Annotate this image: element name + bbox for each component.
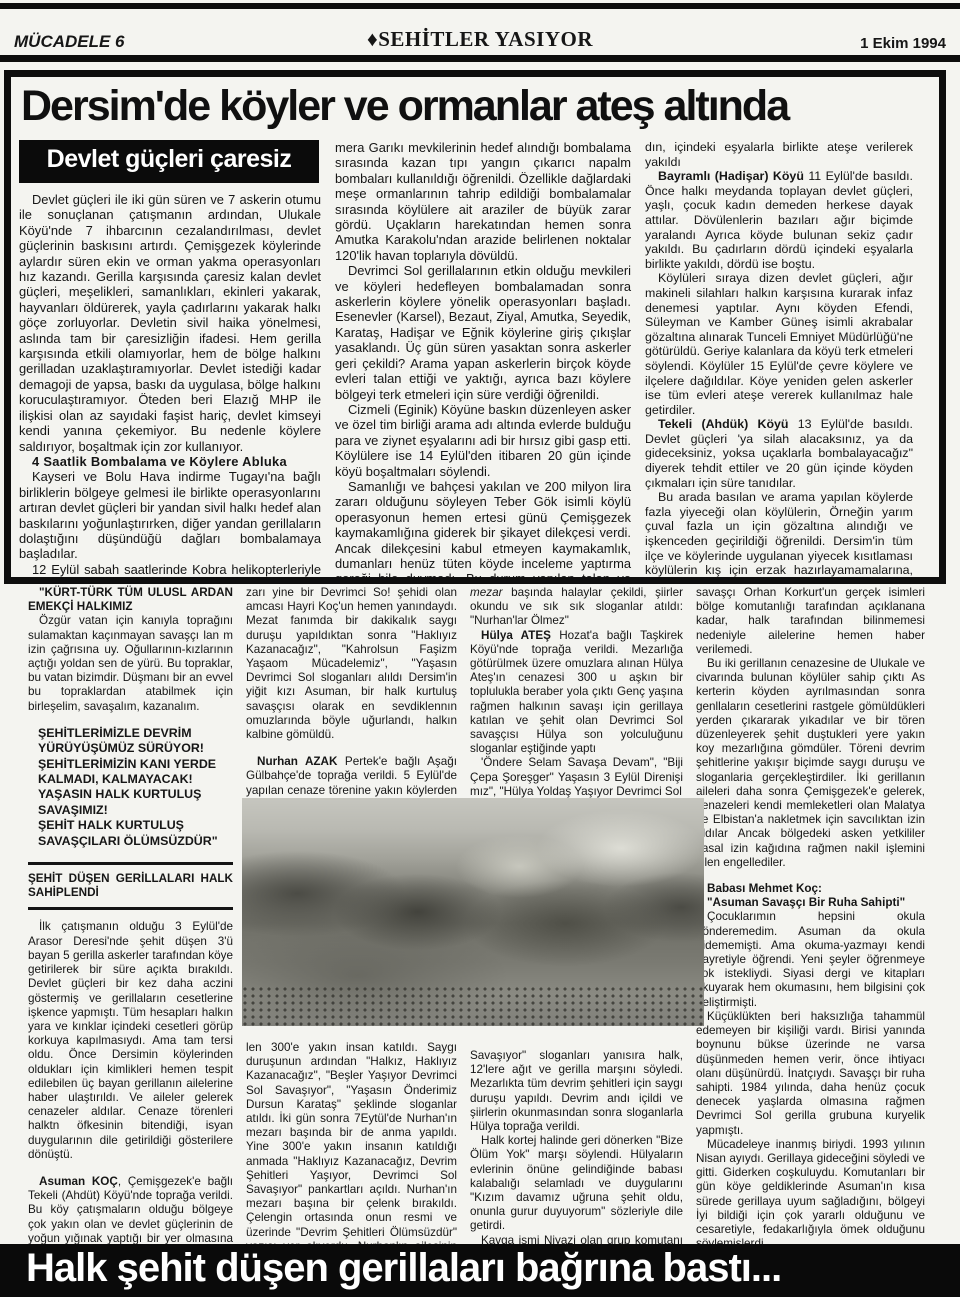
- paragraph: Kayseri ve Bolu Hava indirme Tugayı'na b…: [19, 469, 321, 561]
- paragraph: Özgür vatan için kanıyla toprağını sulam…: [28, 614, 233, 713]
- paragraph: Mücadeleye inanmış biriydi. 1993 yılının…: [696, 1138, 925, 1252]
- paragraph: Bu arada basılan ve arama yapılan köyler…: [645, 490, 913, 584]
- slogan: YAŞASIN HALK KURTULUŞ SAVAŞIMIZ!: [38, 787, 233, 818]
- paragraph: Halk kortej halinde geri dönerken "Bize …: [470, 1134, 683, 1233]
- newspaper-page: MÜCADELE 6 ♦SEHİTLER YASIYOR 1 Ekim 1994…: [0, 0, 960, 1297]
- crowd-detail: [242, 986, 704, 1026]
- paragraph: Devlet güçleri ile iki gün süren ve 7 as…: [19, 192, 321, 454]
- paragraph: Bayramlı (Hadişar) Köyü 11 Eylül'de bası…: [645, 169, 913, 271]
- lower-section: "KÜRT-TÜRK TÜM ULUSL ARDAN EMEKÇİ HALKIM…: [28, 586, 935, 1289]
- paragraph: 12 Eylül sabah saatlerinde Kobra helikop…: [19, 562, 321, 584]
- main-article-box: Dersim'de köyler ve ormanlar ateş altınd…: [4, 70, 946, 584]
- top-rule: [0, 3, 960, 9]
- masthead-slogan: ♦SEHİTLER YASIYOR: [274, 27, 686, 52]
- paragraph: 'Öndere Selam Savaşa Devam", "Biji Çepa …: [470, 756, 683, 799]
- issue-date: 1 Ekim 1994: [686, 35, 946, 52]
- paragraph: zarı yine bir Devrimci So! şehidi olan a…: [246, 586, 457, 742]
- paragraph: Köylüleri sıraya dizen devlet güçleri, a…: [645, 271, 913, 417]
- masthead-rule: [0, 55, 960, 62]
- slogan: ŞEHİTLERİMİZİN KANI YERDE KALMADI, KALMA…: [38, 757, 233, 788]
- paragraph: Tekeli (Ahdük) Köyü 13 Eylül'de basıldı.…: [645, 417, 913, 490]
- article-kicker: Devlet güçleri çaresiz: [19, 140, 319, 183]
- paragraph: Savaşıyor" sloganları yanısıra halk, 12'…: [470, 1049, 683, 1134]
- village-name: Bayramlı (Hadişar) Köyü: [658, 169, 804, 183]
- main-headline: Dersim'de köyler ve ormanlar ateş altınd…: [21, 82, 933, 131]
- paragraph: Cizmeli (Eginik) Köyüne baskın düzenleye…: [335, 402, 631, 479]
- paragraph: Küçüklükten beri haksızlığa tahammül ede…: [696, 1010, 925, 1138]
- lower-column-4: savaşçı Orhan Korkurt'un gerçek isimleri…: [696, 586, 925, 1289]
- paragraph: mera Garıkı mevkilerinin hedef alındığı …: [335, 140, 631, 263]
- martyr-name: Asuman KOÇ: [39, 1175, 118, 1188]
- call-heading: "KÜRT-TÜRK TÜM ULUSL ARDAN EMEKÇİ HALKIM…: [28, 586, 233, 614]
- bottom-banner: Halk şehit düşen gerillaları bağrına bas…: [0, 1244, 960, 1297]
- section-divider: [28, 907, 233, 910]
- publication-title: MÜCADELE 6: [14, 32, 274, 52]
- paragraph: Samanlığı ve bahçesi yakılan ve 200 mily…: [335, 479, 631, 584]
- article-column-2: mera Garıkı mevkilerinin hedef alındığı …: [335, 140, 631, 584]
- quote-subhead: "Asuman Savaşçı Bir Ruha Sahipti": [696, 896, 925, 910]
- lower-column-1: "KÜRT-TÜRK TÜM ULUSL ARDAN EMEKÇİ HALKIM…: [28, 586, 233, 1289]
- paragraph: Bu iki gerillanın cenazesine de Ulukale …: [696, 657, 925, 870]
- paragraph: Hülya ATEŞ Hozat'a bağlı Taşkirek Köyü'n…: [470, 629, 683, 757]
- section-divider: [28, 862, 233, 865]
- article-subhead: 4 Saatlik Bombalama ve Köylere Abluka: [19, 454, 321, 469]
- paragraph: Devrimci Sol gerillalarının etkin olduğu…: [335, 263, 631, 402]
- slogan: ŞEHİTLERİMİZLE DEVRİM YÜRÜYÜŞÜMÜZ SÜRÜYO…: [38, 726, 233, 757]
- paragraph: len 300'e yakın insan katıldı. Saygı dur…: [246, 1041, 457, 1268]
- section-heading: ŞEHİT DÜŞEN GERİLLALARI HALK SAHİPLENDİ: [28, 872, 233, 900]
- article-columns: Devlet güçleri çaresiz Devlet güçleri il…: [19, 140, 933, 584]
- masthead: MÜCADELE 6 ♦SEHİTLER YASIYOR 1 Ekim 1994: [14, 27, 946, 52]
- village-name: Tekeli (Ahdük) Köyü: [658, 417, 789, 431]
- martyr-name: Hülya ATEŞ: [481, 629, 551, 642]
- slogan-list: ŞEHİTLERİMİZLE DEVRİM YÜRÜYÜŞÜMÜZ SÜRÜYO…: [38, 726, 233, 849]
- article-column-3: dın, içindeki eşyalarla birlikte ateşe v…: [645, 140, 913, 584]
- article-column-1: Devlet güçleri çaresiz Devlet güçleri il…: [19, 140, 321, 584]
- paragraph: savaşçı Orhan Korkurt'un gerçek isimleri…: [696, 586, 925, 657]
- martyr-name: Nurhan AZAK: [257, 755, 337, 768]
- paragraph: dın, içindeki eşyalarla birlikte ateşe v…: [645, 140, 913, 169]
- slogan: ŞEHİT HALK KURTULUŞ SAVAŞÇILARI ÖLÜMSÜZD…: [38, 818, 233, 849]
- paragraph: Çocuklarımın hepsini okula gönderemedim.…: [696, 910, 925, 1009]
- continued-word: mezar: [470, 586, 502, 599]
- funeral-hillside-photo: [242, 798, 704, 1026]
- banner-headline: Halk şehit düşen gerillaları bağrına bas…: [0, 1246, 781, 1295]
- quote-subhead: Babası Mehmet Koç:: [696, 882, 925, 896]
- paragraph: İlk çatışmanın olduğu 3 Eylül'de Arasor …: [28, 920, 233, 1161]
- paragraph: mezar başında halaylar çekildi, şiirler …: [470, 586, 683, 629]
